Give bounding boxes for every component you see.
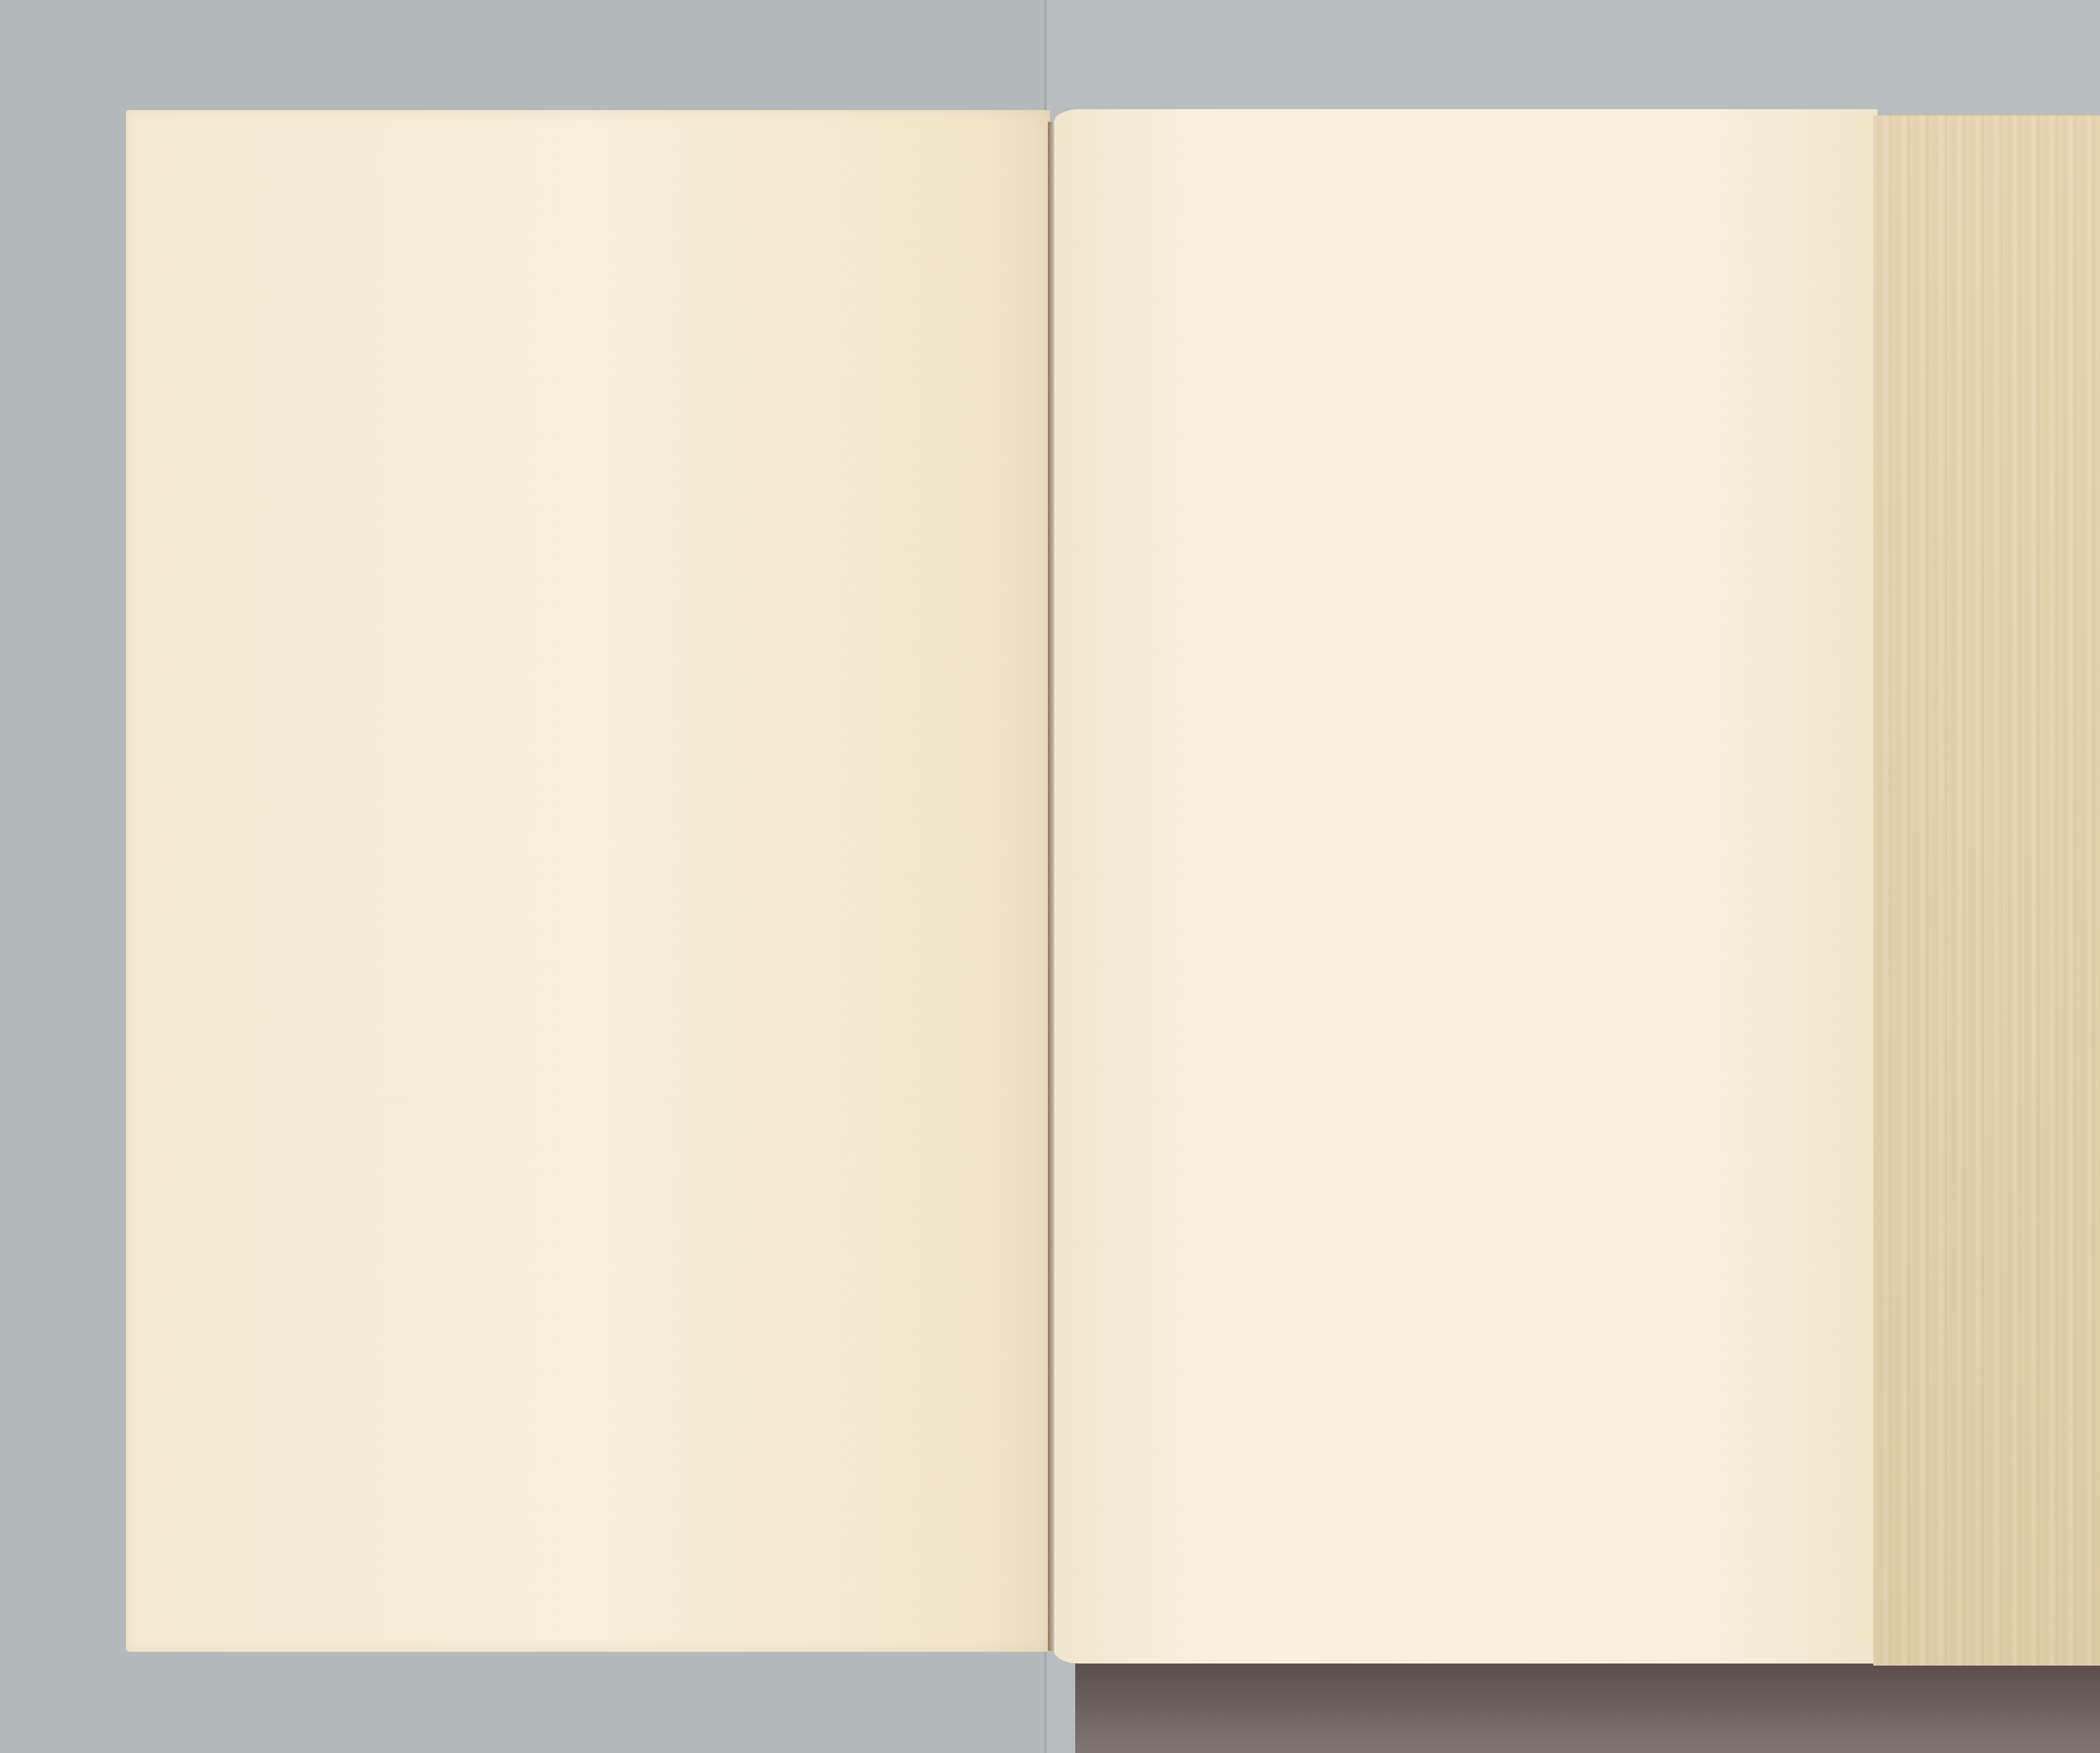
page-edges-block [1873,116,2100,1666]
left-page [126,110,1050,1652]
book-gutter [1048,122,1053,1651]
right-page [1054,109,1877,1664]
